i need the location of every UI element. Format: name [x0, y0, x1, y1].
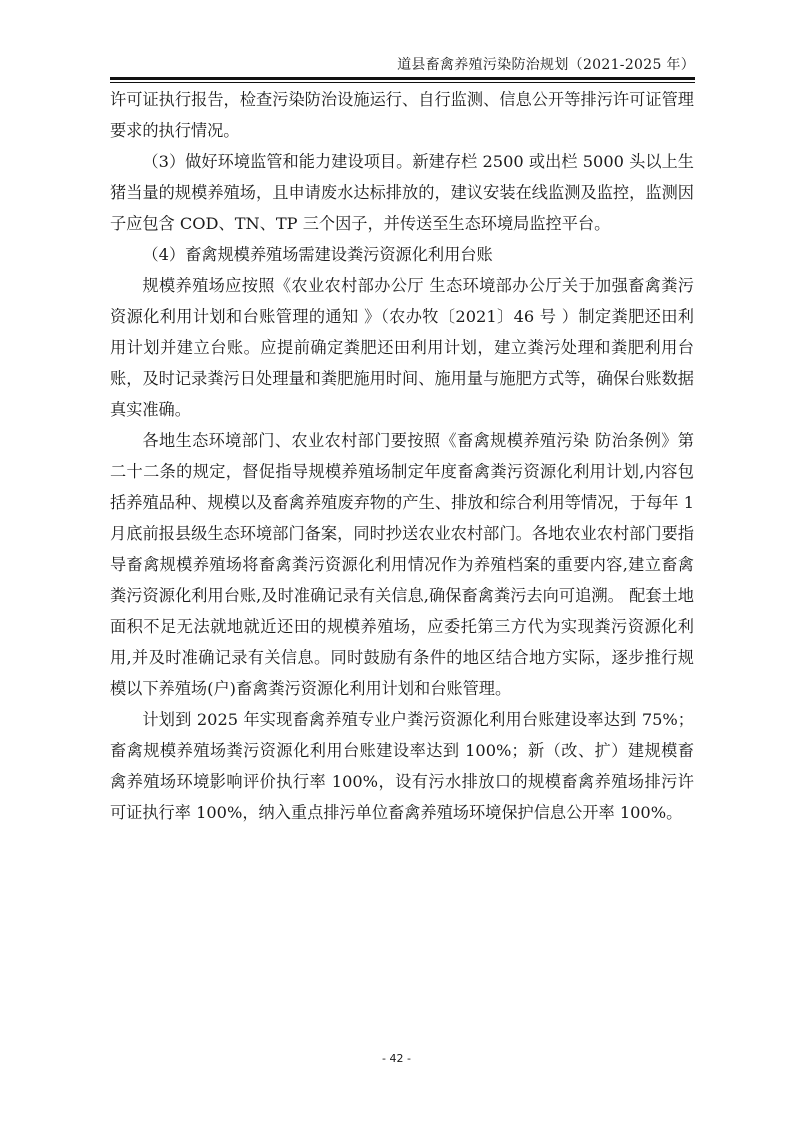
paragraph-monitoring-capacity: （3）做好环境监管和能力建设项目。新建存栏 2500 或出栏 5000 头以上生…: [110, 146, 694, 239]
header-double-rule: [110, 77, 695, 83]
running-header: 道县畜禽养殖污染防治规划（2021-2025 年）: [110, 56, 695, 74]
section-heading-ledger: （4）畜禽规模养殖场需建设粪污资源化利用台账: [110, 239, 694, 270]
paragraph-ledger-notice: 规模养殖场应按照《农业农村部办公厅 生态环境部办公厅关于加强畜禽粪污资源化利用计…: [110, 270, 694, 425]
paragraph-2025-targets: 计划到 2025 年实现畜禽养殖专业户粪污资源化利用台账建设率达到 75%；畜禽…: [110, 704, 694, 828]
paragraph-continuation: 许可证执行报告，检查污染防治设施运行、自行监测、信息公开等排污许可证管理要求的执…: [110, 84, 694, 146]
page-number: - 42 -: [0, 1052, 793, 1066]
header-rule-thick: [110, 77, 695, 80]
paragraph-department-duties: 各地生态环境部门、农业农村部门要按照《畜禽规模养殖污染 防治条例》第二十二条的规…: [110, 425, 694, 704]
page-body: 许可证执行报告，检查污染防治设施运行、自行监测、信息公开等排污许可证管理要求的执…: [110, 84, 694, 828]
header-rule-thin: [110, 82, 695, 83]
